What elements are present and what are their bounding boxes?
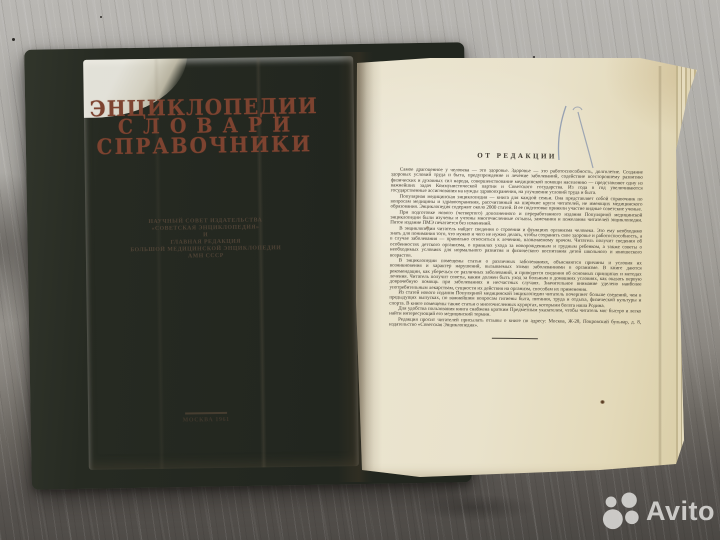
book-title: ЭНЦИКЛОПЕДИИ СЛОВАРИ СПРАВОЧНИКИ: [84, 97, 325, 157]
photo-of-open-book: ЭНЦИКЛОПЕДИИ СЛОВАРИ СПРАВОЧНИКИ НАУЧНЫЙ…: [0, 0, 720, 540]
preface-paragraph: Редакция просит читателей присылать отзы…: [389, 317, 641, 331]
ink-spot: [600, 400, 605, 404]
preface-text-block: ОТ РЕДАКЦИИ Самое драгоценное у человека…: [389, 150, 643, 340]
page-fore-edge-stack: [676, 64, 702, 478]
publisher-block: НАУЧНЫЙ СОВЕТ ИЗДАТЕЛЬСТВА «СОВЕТСКАЯ ЭН…: [85, 217, 326, 262]
end-rule: [492, 338, 538, 340]
preface-paragraph: В энциклопедии помещены статьи о различн…: [389, 258, 641, 293]
imprint-rule: [185, 412, 227, 415]
avito-watermark: Avito: [602, 492, 715, 530]
ink-spot: [426, 226, 429, 229]
preface-heading: ОТ РЕДАКЦИИ: [391, 150, 643, 161]
preface-page: ОТ РЕДАКЦИИ Самое драгоценное у человека…: [354, 56, 702, 482]
avito-label: Avito: [646, 498, 715, 525]
imprint-city-year: МОСКВА 1961: [88, 416, 324, 425]
wood-speck: [100, 16, 102, 18]
preface-paragraph: Самое драгоценное у человека — это здоро…: [391, 167, 643, 197]
title-page: ЭНЦИКЛОПЕДИИ СЛОВАРИ СПРАВОЧНИКИ НАУЧНЫЙ…: [83, 56, 359, 470]
page-crease: [658, 66, 662, 476]
wood-speck: [12, 38, 15, 41]
imprint: МОСКВА 1961: [88, 411, 324, 425]
wood-speck: [533, 56, 535, 58]
title-line: СПРАВОЧНИКИ: [84, 134, 324, 158]
preface-paragraph: В энциклопедии читатель найдет сведения …: [390, 226, 642, 261]
avito-logo-icon: [602, 492, 640, 530]
